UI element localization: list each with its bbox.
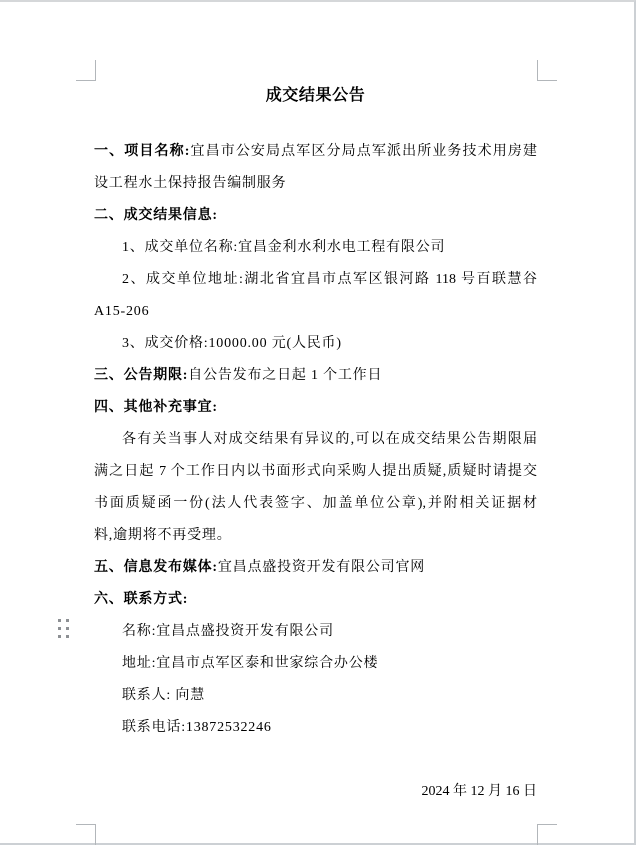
- contact-person: 联系人: 向慧: [94, 680, 537, 712]
- supplementary-paragraph-line-1: 各有关当事人对成交结果有异议的,可以在成交结果公告期限届: [94, 424, 537, 456]
- anchor-dot: [66, 619, 69, 622]
- anchor-dot: [66, 627, 69, 630]
- margin-mark-bottom-left: [76, 824, 96, 845]
- result-supplier-address-wrap: A15-206: [94, 296, 537, 328]
- document-title: 成交结果公告: [94, 80, 537, 112]
- supplementary-paragraph-line-4: 料,逾期将不再受理。: [94, 520, 537, 552]
- section-heading-value: 宜昌点盛投资开发有限公司官网: [218, 560, 425, 575]
- announcement-date: 2024 年 12 月 16 日: [94, 776, 537, 808]
- margin-mark-top-left: [76, 60, 96, 81]
- supplementary-paragraph-line-2: 满之日起 7 个工作日内以书面形式向采购人提出质疑,质疑时请提交: [94, 456, 537, 488]
- anchor-dot: [58, 627, 61, 630]
- section-heading-label: 四、其他补充事宜:: [94, 400, 218, 415]
- section-heading-label: 五、信息发布媒体:: [94, 560, 218, 575]
- section-supplementary-heading: 四、其他补充事宜:: [94, 392, 537, 424]
- margin-mark-top-right: [537, 60, 557, 81]
- section-heading-value: 宜昌市公安局点军区分局点军派出所业务技术用房建: [189, 144, 537, 159]
- section-result-info-heading: 二、成交结果信息:: [94, 200, 537, 232]
- contact-address: 地址:宜昌市点军区泰和世家综合办公楼: [94, 648, 537, 680]
- section-contact-heading: 六、联系方式:: [94, 584, 537, 616]
- document-page: 成交结果公告 一、项目名称:宜昌市公安局点军区分局点军派出所业务技术用房建 设工…: [0, 0, 636, 845]
- section-publish-media: 五、信息发布媒体:宜昌点盛投资开发有限公司官网: [94, 552, 537, 584]
- object-anchor-dots-icon[interactable]: [58, 619, 69, 638]
- document-body: 成交结果公告 一、项目名称:宜昌市公安局点军区分局点军派出所业务技术用房建 设工…: [94, 80, 537, 808]
- section-heading-value: 自公告发布之日起 1 个工作日: [188, 368, 382, 383]
- anchor-dot: [58, 619, 61, 622]
- section-heading-label: 六、联系方式:: [94, 592, 188, 607]
- result-supplier-name: 1、成交单位名称:宜昌金利水利水电工程有限公司: [94, 232, 537, 264]
- section-project-name-wrap: 设工程水土保持报告编制服务: [94, 168, 537, 200]
- margin-mark-bottom-right: [537, 824, 557, 845]
- section-heading-label: 三、公告期限:: [94, 368, 188, 383]
- result-price: 3、成交价格:10000.00 元(人民币): [94, 328, 537, 360]
- result-supplier-address: 2、成交单位地址:湖北省宜昌市点军区银河路 118 号百联慧谷: [94, 264, 537, 296]
- anchor-dot: [58, 635, 61, 638]
- supplementary-paragraph-line-3: 书面质疑函一份(法人代表签字、加盖单位公章),并附相关证据材: [94, 488, 537, 520]
- section-heading-label: 二、成交结果信息:: [94, 208, 218, 223]
- anchor-dot: [66, 635, 69, 638]
- contact-name: 名称:宜昌点盛投资开发有限公司: [94, 616, 537, 648]
- section-announcement-period: 三、公告期限:自公告发布之日起 1 个工作日: [94, 360, 537, 392]
- contact-phone: 联系电话:13872532246: [94, 712, 537, 744]
- section-heading-label: 一、项目名称:: [94, 144, 189, 159]
- section-project-name: 一、项目名称:宜昌市公安局点军区分局点军派出所业务技术用房建: [94, 136, 537, 168]
